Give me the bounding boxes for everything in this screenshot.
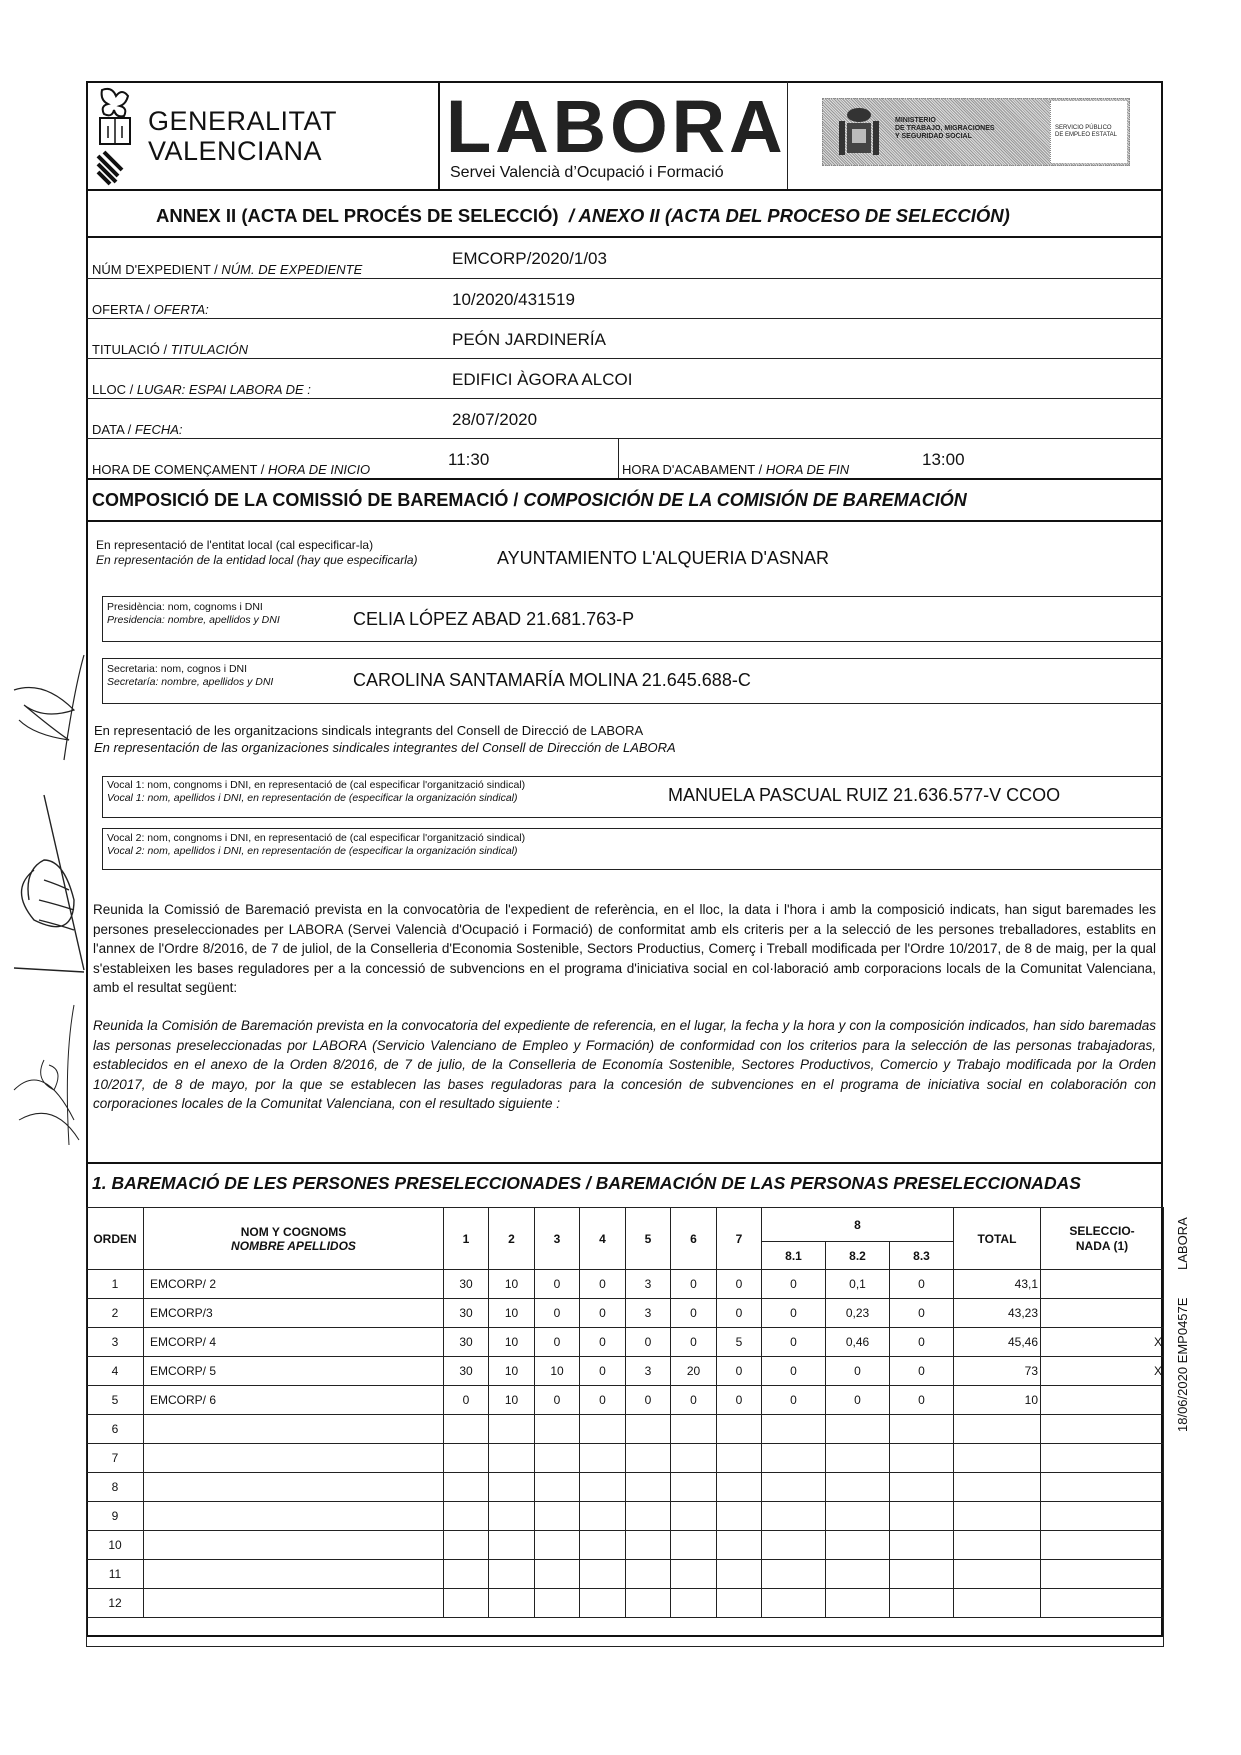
vocal2-label-es: Vocal 2: nom, apellidos i DNI, en repres… [107, 845, 518, 858]
presidencia-label-ca: Presidència: nom, cognoms i DNI [107, 601, 263, 614]
row-criterion-6: 20 [671, 1357, 717, 1386]
row-criterion-7: 0 [717, 1386, 762, 1415]
service-line: SERVICIO PÚBLICO [1055, 125, 1117, 132]
table-row: 2EMCORP/330100030000,23043,23 [87, 1299, 1164, 1328]
table-row: 12 [87, 1589, 1164, 1618]
row-criterion-1: 30 [444, 1299, 489, 1328]
titulacio-value: PEÓN JARDINERÍA [452, 330, 606, 350]
row-criterion-8-2 [826, 1415, 890, 1444]
header-total: TOTAL [954, 1208, 1041, 1270]
row-criterion-8-1 [762, 1473, 826, 1502]
header-criterion-8-1: 8.1 [762, 1242, 826, 1270]
unions-label-es: En representación de las organizaciones … [94, 741, 676, 755]
row-name [144, 1531, 444, 1560]
ministry-line: DE TRABAJO, MIGRACIONES [895, 125, 995, 133]
row-criterion-8-1 [762, 1531, 826, 1560]
row-criterion-7 [717, 1502, 762, 1531]
row-criterion-8-1: 0 [762, 1328, 826, 1357]
document-title: ANNEX II (ACTA DEL PROCÉS DE SELECCIÓ) /… [156, 205, 1010, 227]
row-selected [1041, 1444, 1164, 1473]
row-criterion-2 [489, 1444, 535, 1473]
row-criterion-8-2 [826, 1560, 890, 1589]
row-criterion-7: 5 [717, 1328, 762, 1357]
row-criterion-8-1 [762, 1444, 826, 1473]
row-criterion-3 [535, 1531, 580, 1560]
row-criterion-3: 0 [535, 1270, 580, 1299]
row-criterion-3 [535, 1560, 580, 1589]
row-criterion-8-3: 0 [890, 1328, 954, 1357]
row-total: 43,23 [954, 1299, 1041, 1328]
row-criterion-2: 10 [489, 1299, 535, 1328]
row-selected [1041, 1299, 1164, 1328]
row-criterion-8-3 [890, 1560, 954, 1589]
hora-fi-label: HORA D'ACABAMENT / HORA DE FIN [622, 462, 849, 477]
row-criterion-7: 0 [717, 1357, 762, 1386]
row-orden: 4 [87, 1357, 144, 1386]
row-total: 73 [954, 1357, 1041, 1386]
row-criterion-8-2 [826, 1444, 890, 1473]
row-criterion-8-3: 0 [890, 1270, 954, 1299]
row-criterion-8-3 [890, 1415, 954, 1444]
row-criterion-4 [580, 1531, 626, 1560]
row-criterion-1: 30 [444, 1328, 489, 1357]
row-criterion-6: 0 [671, 1328, 717, 1357]
row-selected [1041, 1589, 1164, 1618]
row-criterion-6: 0 [671, 1270, 717, 1299]
row-criterion-8-2: 0,46 [826, 1328, 890, 1357]
row-selected: X [1041, 1328, 1164, 1357]
row-name: EMCORP/ 6 [144, 1386, 444, 1415]
header-criterion-3: 3 [535, 1208, 580, 1270]
row-criterion-6 [671, 1502, 717, 1531]
titulacio-label: TITULACIÓ / TITULACIÓN [92, 342, 248, 357]
row-criterion-2 [489, 1473, 535, 1502]
expedient-value: EMCORP/2020/1/03 [452, 249, 607, 269]
row-criterion-5 [626, 1473, 671, 1502]
row-criterion-4: 0 [580, 1299, 626, 1328]
divider [86, 358, 1163, 359]
row-criterion-5 [626, 1444, 671, 1473]
row-selected [1041, 1415, 1164, 1444]
row-criterion-3 [535, 1589, 580, 1618]
generalitat-coat-of-arms-icon [94, 86, 138, 188]
row-criterion-5: 3 [626, 1357, 671, 1386]
row-criterion-1 [444, 1589, 489, 1618]
table-row: 4EMCORP/ 53010100320000073X [87, 1357, 1164, 1386]
row-criterion-8-2: 0 [826, 1357, 890, 1386]
row-criterion-5 [626, 1560, 671, 1589]
row-orden: 2 [87, 1299, 144, 1328]
signature-3-icon [4, 1000, 88, 1150]
generalitat-logo-line1: GENERALITAT [148, 106, 337, 136]
row-criterion-6 [671, 1415, 717, 1444]
ministry-line: MINISTERIO [895, 117, 995, 125]
row-total: 10 [954, 1386, 1041, 1415]
row-criterion-8-1: 0 [762, 1299, 826, 1328]
expedient-label: NÚM D'EXPEDIENT / NÚM. DE EXPEDIENTE [92, 262, 362, 277]
row-criterion-6 [671, 1444, 717, 1473]
row-criterion-8-3 [890, 1473, 954, 1502]
row-criterion-5: 3 [626, 1299, 671, 1328]
scoring-table: ORDEN NOM Y COGNOMS NOMBRE APELLIDOS 1 2… [86, 1207, 1164, 1647]
header-criterion-7: 7 [717, 1208, 762, 1270]
row-orden: 5 [87, 1386, 144, 1415]
document-title-ca: ANNEX II (ACTA DEL PROCÉS DE SELECCIÓ) [156, 205, 559, 226]
row-criterion-8-1 [762, 1415, 826, 1444]
row-criterion-7 [717, 1589, 762, 1618]
row-selected [1041, 1473, 1164, 1502]
row-criterion-8-1: 0 [762, 1386, 826, 1415]
row-criterion-3 [535, 1473, 580, 1502]
table-row: 6 [87, 1415, 1164, 1444]
table-row: 5EMCORP/ 60100000000010 [87, 1386, 1164, 1415]
row-total [954, 1444, 1041, 1473]
hora-fi-value: 13:00 [922, 450, 965, 470]
row-name [144, 1589, 444, 1618]
presidencia-label-es: Presidencia: nombre, apellidos y DNI [107, 614, 280, 627]
divider [86, 189, 1163, 191]
header-name: NOM Y COGNOMS NOMBRE APELLIDOS [144, 1208, 444, 1270]
row-criterion-8-3 [890, 1502, 954, 1531]
row-criterion-8-3 [890, 1444, 954, 1473]
row-criterion-1 [444, 1415, 489, 1444]
row-total [954, 1502, 1041, 1531]
document-title-es: / ANEXO II (ACTA DEL PROCESO DE SELECCIÓ… [569, 205, 1010, 226]
paragraph-spanish: Reunida la Comisión de Baremación previs… [93, 1016, 1156, 1114]
row-criterion-1 [444, 1560, 489, 1589]
header-orden: ORDEN [87, 1208, 144, 1270]
row-name [144, 1502, 444, 1531]
row-criterion-5 [626, 1502, 671, 1531]
row-criterion-3: 0 [535, 1299, 580, 1328]
scoring-title: 1. BAREMACIÓ DE LES PERSONES PRESELECCIO… [92, 1173, 1081, 1194]
row-orden: 6 [87, 1415, 144, 1444]
row-criterion-3: 0 [535, 1386, 580, 1415]
row-criterion-2: 10 [489, 1328, 535, 1357]
secretaria-value: CAROLINA SANTAMARÍA MOLINA 21.645.688-C [353, 670, 751, 691]
row-criterion-6: 0 [671, 1386, 717, 1415]
labora-logo: LABORA [446, 92, 787, 162]
row-criterion-6 [671, 1531, 717, 1560]
vocal1-value: MANUELA PASCUAL RUIZ 21.636.577-V CCOO [668, 785, 1060, 806]
row-criterion-5 [626, 1589, 671, 1618]
row-criterion-7: 0 [717, 1270, 762, 1299]
vocal2-label-ca: Vocal 2: nom, congnoms i DNI, en represe… [107, 832, 525, 845]
row-total: 45,46 [954, 1328, 1041, 1357]
header-criterion-8-2: 8.2 [826, 1242, 890, 1270]
row-criterion-7 [717, 1415, 762, 1444]
row-criterion-1 [444, 1531, 489, 1560]
secretaria-label-ca: Secretaria: nom, cognos i DNI [107, 663, 247, 676]
row-orden: 1 [87, 1270, 144, 1299]
table-row: 10 [87, 1531, 1164, 1560]
row-criterion-5: 3 [626, 1270, 671, 1299]
divider [86, 398, 1163, 399]
row-name: EMCORP/ 2 [144, 1270, 444, 1299]
generalitat-logo-line2: VALENCIANA [148, 136, 322, 166]
row-criterion-5 [626, 1531, 671, 1560]
row-orden: 3 [87, 1328, 144, 1357]
spain-coat-of-arms-icon [837, 105, 881, 161]
row-criterion-7 [717, 1473, 762, 1502]
row-orden: 10 [87, 1531, 144, 1560]
row-criterion-3 [535, 1502, 580, 1531]
data-label: DATA / FECHA: [92, 422, 183, 437]
row-criterion-3: 0 [535, 1328, 580, 1357]
row-total [954, 1589, 1041, 1618]
side-stamp-brand: LABORA [1175, 1217, 1190, 1270]
row-selected: X [1041, 1357, 1164, 1386]
row-criterion-8-2: 0,23 [826, 1299, 890, 1328]
row-criterion-4 [580, 1589, 626, 1618]
row-orden: 11 [87, 1560, 144, 1589]
row-selected [1041, 1502, 1164, 1531]
row-selected [1041, 1531, 1164, 1560]
row-criterion-1 [444, 1502, 489, 1531]
row-criterion-8-1: 0 [762, 1270, 826, 1299]
row-criterion-3: 10 [535, 1357, 580, 1386]
header-criterion-1: 1 [444, 1208, 489, 1270]
row-name [144, 1415, 444, 1444]
divider [86, 318, 1163, 319]
row-criterion-1: 30 [444, 1270, 489, 1299]
row-criterion-2 [489, 1589, 535, 1618]
row-criterion-4 [580, 1473, 626, 1502]
row-criterion-8-2 [826, 1473, 890, 1502]
row-criterion-8-3: 0 [890, 1386, 954, 1415]
row-criterion-8-3: 0 [890, 1357, 954, 1386]
lloc-value: EDIFICI ÀGORA ALCOI [452, 370, 632, 390]
row-criterion-4: 0 [580, 1357, 626, 1386]
labora-subtitle: Servei Valencià d’Ocupació i Formació [450, 164, 724, 182]
row-name [144, 1444, 444, 1473]
row-name: EMCORP/ 4 [144, 1328, 444, 1357]
row-criterion-6 [671, 1589, 717, 1618]
header-criterion-4: 4 [580, 1208, 626, 1270]
header-criterion-2: 2 [489, 1208, 535, 1270]
row-criterion-2 [489, 1560, 535, 1589]
row-criterion-8-2 [826, 1502, 890, 1531]
row-total [954, 1560, 1041, 1589]
table-row: 8 [87, 1473, 1164, 1502]
row-name: EMCORP/3 [144, 1299, 444, 1328]
row-criterion-1 [444, 1444, 489, 1473]
row-criterion-1: 0 [444, 1386, 489, 1415]
row-criterion-8-2: 0,1 [826, 1270, 890, 1299]
row-criterion-8-2 [826, 1531, 890, 1560]
signature-1-icon [4, 650, 88, 765]
row-name: EMCORP/ 5 [144, 1357, 444, 1386]
entity-label-ca: En representació de l'entitat local (cal… [96, 538, 373, 552]
oferta-label: OFERTA / OFERTA: [92, 302, 209, 317]
row-criterion-8-1 [762, 1502, 826, 1531]
divider [438, 81, 440, 189]
header-criterion-8-3: 8.3 [890, 1242, 954, 1270]
vocal1-label-ca: Vocal 1: nom, congnoms i DNI, en represe… [107, 779, 525, 792]
row-criterion-8-2 [826, 1589, 890, 1618]
presidencia-value: CELIA LÓPEZ ABAD 21.681.763-P [353, 609, 634, 630]
row-criterion-7 [717, 1560, 762, 1589]
divider [86, 278, 1163, 279]
row-criterion-2 [489, 1502, 535, 1531]
row-criterion-1 [444, 1473, 489, 1502]
row-total [954, 1531, 1041, 1560]
row-criterion-7 [717, 1531, 762, 1560]
row-criterion-3 [535, 1444, 580, 1473]
row-criterion-5: 0 [626, 1328, 671, 1357]
row-criterion-8-1 [762, 1589, 826, 1618]
side-stamp-text: 18/06/2020 EMP0457E [1175, 1298, 1190, 1432]
row-name [144, 1473, 444, 1502]
divider [86, 478, 1163, 480]
row-selected [1041, 1270, 1164, 1299]
row-criterion-6 [671, 1473, 717, 1502]
row-criterion-2: 10 [489, 1357, 535, 1386]
commission-title: COMPOSICIÓ DE LA COMISSIÓ DE BAREMACIÓ /… [92, 490, 967, 511]
service-line: DE EMPLEO ESTATAL [1055, 132, 1117, 139]
table-row: 3EMCORP/ 430100000500,46045,46X [87, 1328, 1164, 1357]
row-criterion-3 [535, 1415, 580, 1444]
row-criterion-8-3 [890, 1589, 954, 1618]
header-name-es: NOMBRE APELLIDOS [144, 1239, 443, 1253]
divider [86, 438, 1163, 439]
divider [86, 236, 1163, 238]
row-criterion-4 [580, 1415, 626, 1444]
ministry-line: Y SEGURIDAD SOCIAL [895, 133, 995, 141]
row-criterion-8-2: 0 [826, 1386, 890, 1415]
table-row: 9 [87, 1502, 1164, 1531]
row-criterion-8-1 [762, 1560, 826, 1589]
row-criterion-6 [671, 1560, 717, 1589]
row-criterion-4 [580, 1560, 626, 1589]
entity-value: AYUNTAMIENTO L'ALQUERIA D'ASNAR [497, 548, 829, 569]
divider [787, 81, 788, 189]
header-name-ca: NOM Y COGNOMS [144, 1225, 443, 1239]
row-orden: 7 [87, 1444, 144, 1473]
header-criterion-6: 6 [671, 1208, 717, 1270]
divider [618, 438, 619, 478]
row-criterion-4: 0 [580, 1270, 626, 1299]
header-selected: SELECCIO- NADA (1) [1041, 1208, 1164, 1270]
divider [86, 520, 1163, 522]
row-name [144, 1560, 444, 1589]
row-orden: 12 [87, 1589, 144, 1618]
secretaria-label-es: Secretaría: nombre, apellidos y DNI [107, 676, 273, 689]
row-selected [1041, 1560, 1164, 1589]
row-criterion-2 [489, 1531, 535, 1560]
row-criterion-5: 0 [626, 1386, 671, 1415]
signature-2-icon [4, 790, 88, 990]
row-orden: 9 [87, 1502, 144, 1531]
paragraph-catalan: Reunida la Comissió de Baremació previst… [93, 900, 1156, 998]
row-criterion-8-3 [890, 1531, 954, 1560]
hora-inici-value: 11:30 [448, 450, 489, 470]
row-criterion-7: 0 [717, 1299, 762, 1328]
table-row: 11 [87, 1560, 1164, 1589]
vocal1-label-es: Vocal 1: nom, apellidos i DNI, en repres… [107, 792, 518, 805]
row-criterion-1: 30 [444, 1357, 489, 1386]
row-criterion-8-1: 0 [762, 1357, 826, 1386]
header-criterion-5: 5 [626, 1208, 671, 1270]
row-total [954, 1473, 1041, 1502]
oferta-value: 10/2020/431519 [452, 290, 575, 310]
lloc-label: LLOC / LUGAR: ESPAI LABORA DE : [92, 382, 311, 397]
header-criterion-8: 8 [762, 1208, 954, 1242]
table-footer-row [87, 1618, 1164, 1647]
row-criterion-7 [717, 1444, 762, 1473]
row-total [954, 1415, 1041, 1444]
row-criterion-4: 0 [580, 1386, 626, 1415]
row-selected [1041, 1386, 1164, 1415]
side-stamp: 18/06/2020 EMP0457E LABORA [1175, 1200, 1195, 1440]
row-criterion-4 [580, 1502, 626, 1531]
row-criterion-4: 0 [580, 1328, 626, 1357]
ministry-logo: MINISTERIO DE TRABAJO, MIGRACIONES Y SEG… [822, 98, 1130, 166]
row-criterion-6: 0 [671, 1299, 717, 1328]
table-row: 1EMCORP/ 230100030000,1043,1 [87, 1270, 1164, 1299]
row-criterion-2 [489, 1415, 535, 1444]
row-criterion-8-3: 0 [890, 1299, 954, 1328]
table-row: 7 [87, 1444, 1164, 1473]
row-criterion-4 [580, 1444, 626, 1473]
row-criterion-5 [626, 1415, 671, 1444]
row-criterion-2: 10 [489, 1386, 535, 1415]
data-value: 28/07/2020 [452, 410, 537, 430]
unions-label-ca: En representació de les organitzacions s… [94, 724, 643, 738]
row-orden: 8 [87, 1473, 144, 1502]
entity-label-es: En representación de la entidad local (h… [96, 553, 418, 567]
hora-inici-label: HORA DE COMENÇAMENT / HORA DE INICIO [92, 462, 370, 477]
row-total: 43,1 [954, 1270, 1041, 1299]
divider [86, 1162, 1163, 1164]
row-criterion-2: 10 [489, 1270, 535, 1299]
